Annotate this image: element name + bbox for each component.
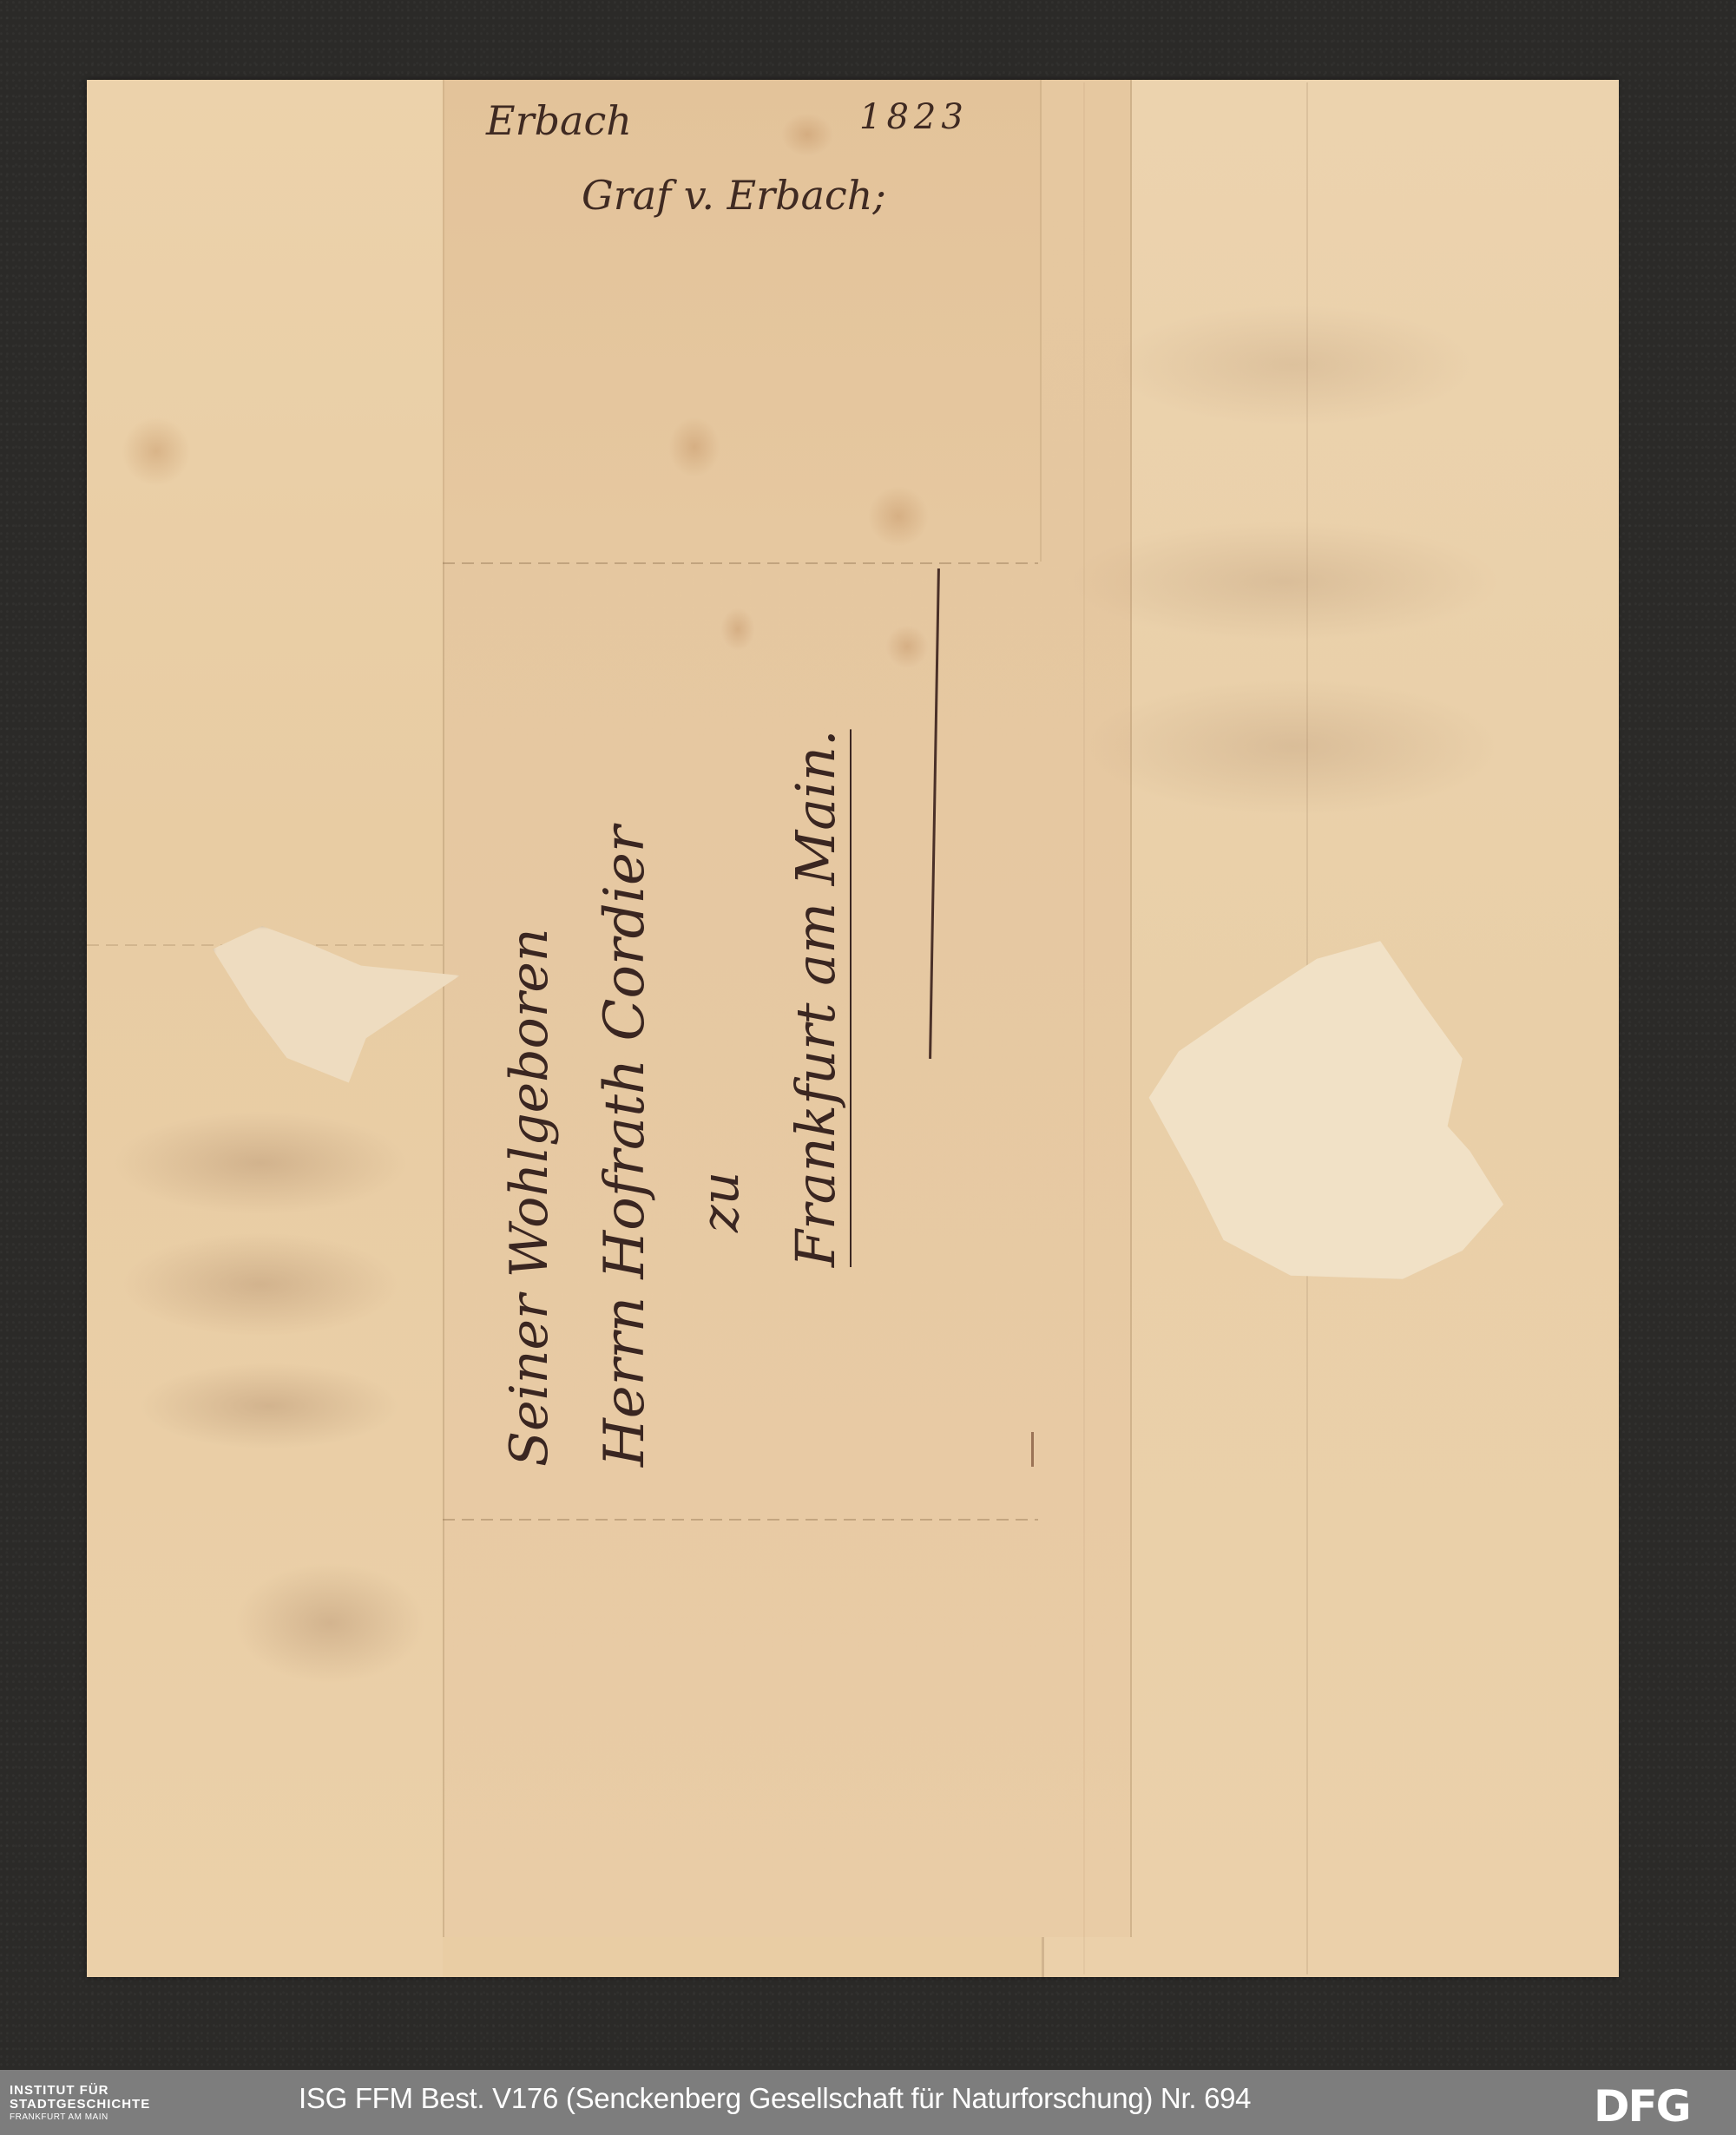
- fold-line-right-inner: [1083, 82, 1085, 1974]
- ink-bleed-through: [1085, 677, 1502, 816]
- ink-bleed-through: [1068, 521, 1502, 642]
- margin-ink-mark: [1031, 1432, 1034, 1467]
- institution-logo: INSTITUT FÜR STADTGESCHICHTE FRANKFURT A…: [10, 2084, 150, 2122]
- address-line-2: Herrn Hofrath Cordier: [577, 555, 673, 1467]
- institution-logo-line-3: FRANKFURT AM MAIN: [10, 2113, 150, 2122]
- archive-label-erbach: Erbach: [486, 97, 632, 144]
- address-line-3: zu: [673, 555, 768, 1467]
- ink-bleed-through: [113, 1111, 408, 1215]
- foxing-stain: [122, 417, 191, 486]
- fold-line-lower: [443, 1519, 1038, 1521]
- letter-address: Seiner Wohlgeboren Herrn Hofrath Cordier…: [482, 555, 864, 1467]
- institution-logo-line-2: STADTGESCHICHTE: [10, 2098, 150, 2111]
- ink-bleed-through: [1111, 304, 1476, 425]
- address-line-1: Seiner Wohlgeboren: [482, 555, 577, 1467]
- ink-bleed-through: [139, 1363, 399, 1449]
- archive-label-year: 1823: [859, 97, 969, 137]
- archive-label-sender: Graf v. Erbach;: [582, 172, 886, 219]
- foxing-stain: [885, 625, 929, 668]
- top-fold-panel: [443, 80, 1042, 562]
- foxing-stain: [868, 486, 929, 547]
- foxing-stain: [781, 113, 833, 156]
- institution-logo-line-1: INSTITUT FÜR: [10, 2084, 150, 2097]
- ink-bleed-through: [122, 1232, 399, 1337]
- archive-footer-bar: INSTITUT FÜR STADTGESCHICHTE FRANKFURT A…: [0, 2070, 1736, 2135]
- address-line-4: Frankfurt am Main.: [768, 555, 864, 1467]
- dfg-logo: DFG: [1594, 2085, 1690, 2128]
- archive-signature-caption: ISG FFM Best. V176 (Senckenberg Gesellsc…: [299, 2082, 1251, 2115]
- ink-bleed-through: [234, 1562, 425, 1684]
- foxing-stain: [668, 417, 720, 477]
